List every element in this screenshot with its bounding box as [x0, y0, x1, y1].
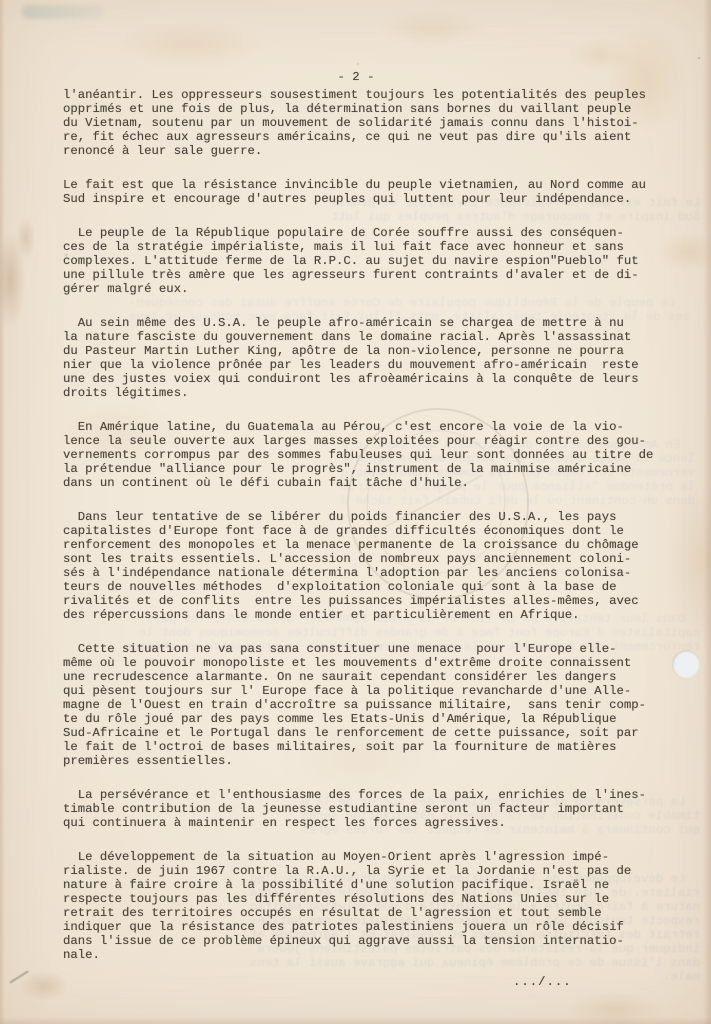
page-edge-right — [703, 0, 711, 1024]
paragraph-coree: Le peuple de la République populaire de … — [63, 226, 667, 296]
paragraph-moyen-orient: Le développement de la situation au Moye… — [63, 850, 667, 962]
paragraph-resistance: Le fait est que la résistance invincible… — [63, 178, 667, 206]
page-body: - 2 - l'anéantir. Les oppresseurs souses… — [63, 70, 667, 982]
paragraph-amerique-latine: En Amérique latine, du Guatemala au Péro… — [63, 420, 667, 490]
paragraph-usa-afro-americain: Au sein même des U.S.A. le peuple afro-a… — [63, 316, 667, 400]
ink-smudge — [22, 5, 104, 19]
paragraph-menace-europe: Cette situation ne va pas sana constitue… — [63, 642, 667, 768]
page-edge-left — [0, 0, 5, 1024]
page-number: - 2 - — [63, 70, 667, 84]
punch-hole — [672, 650, 700, 679]
continuation-mark: .../... — [513, 975, 572, 989]
page-edge-bottom — [0, 1017, 711, 1024]
paragraph-europe-capitaliste: Dans leur tentative de se libérer du poi… — [63, 510, 667, 622]
paragraph-forces-de-la-paix: La persévérance et l'enthousiasme des fo… — [63, 788, 667, 830]
paragraph-vietnam: l'anéantir. Les oppresseurs sousestiment… — [63, 88, 667, 158]
